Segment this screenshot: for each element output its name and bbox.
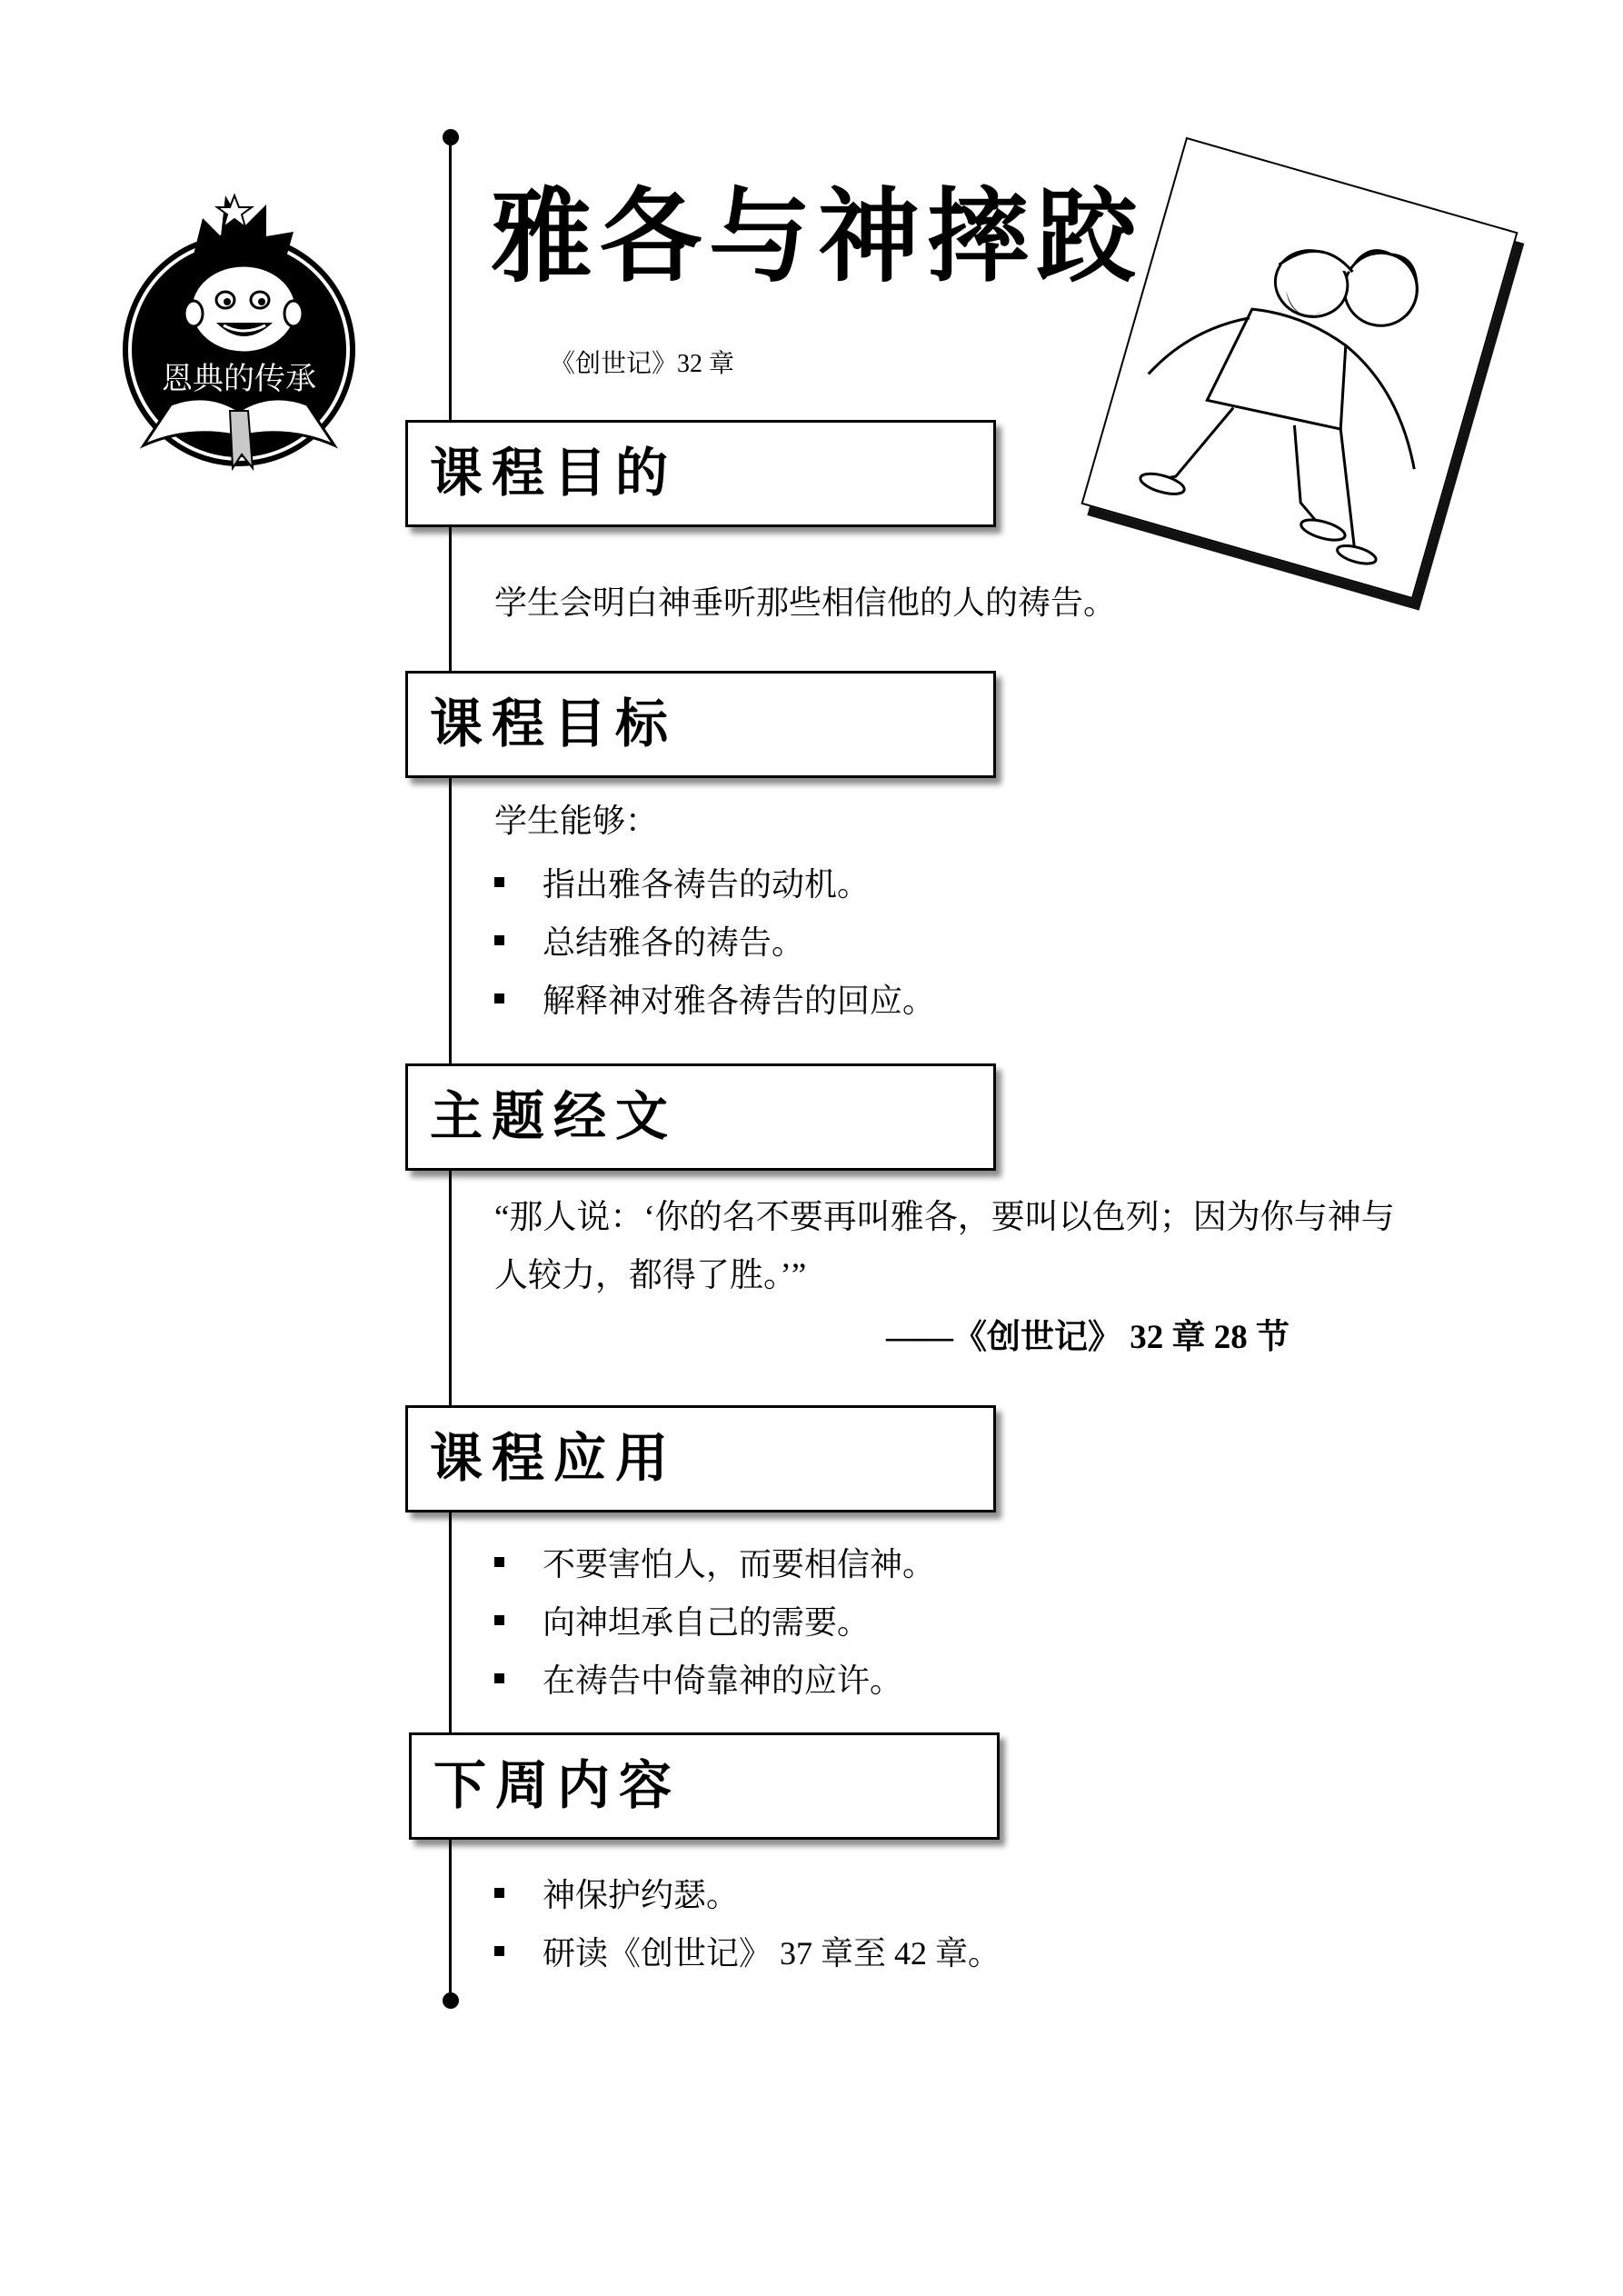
list-item: 神保护约瑟。 xyxy=(494,1863,1001,1922)
page-title: 雅各与神摔跤 xyxy=(491,186,1145,288)
timeline-start-dot xyxy=(443,129,459,145)
key-verse-quote: “那人说：‘你的名不要再叫雅各，要叫以色列；因为你与神与人较力，都得了胜。’” xyxy=(494,1189,1421,1305)
list-item-text: 指出雅各祷告的动机。 xyxy=(543,859,870,905)
curriculum-logo: 恩典的传承 xyxy=(116,173,362,473)
bullet-icon xyxy=(494,1946,504,1956)
bullet-icon xyxy=(494,1557,504,1567)
lesson-illustration xyxy=(1080,137,1518,599)
next-week-list: 神保护约瑟。 研读《创世记》 37 章至 42 章。 xyxy=(494,1863,1001,1980)
bullet-icon xyxy=(494,935,504,945)
list-item: 解释神对雅各祷告的回应。 xyxy=(494,969,935,1027)
bullet-icon xyxy=(494,1673,504,1683)
objectives-intro: 学生能够： xyxy=(494,800,658,843)
bullet-icon xyxy=(494,877,504,887)
bullet-icon xyxy=(494,993,504,1003)
scripture-subtitle: 《创世记》32 章 xyxy=(550,344,734,380)
list-item: 总结雅各的祷告。 xyxy=(494,911,935,969)
section-heading: 课程目的 xyxy=(430,444,677,503)
key-verse-reference: ——《创世记》 32 章 28 节 xyxy=(886,1309,1289,1358)
list-item-text: 在祷告中倚靠神的应许。 xyxy=(543,1655,902,1702)
list-item-text: 向神坦承自己的需要。 xyxy=(543,1597,870,1643)
list-item: 在祷告中倚靠神的应许。 xyxy=(494,1649,935,1707)
wrestling-figures-icon xyxy=(1082,139,1518,599)
section-heading: 课程应用 xyxy=(430,1430,677,1488)
list-item-text: 解释神对雅各祷告的回应。 xyxy=(543,975,935,1022)
boy-reading-book-icon: 恩典的传承 xyxy=(116,173,362,473)
bullet-icon xyxy=(494,1615,504,1625)
section-header-lesson-application: 课程应用 xyxy=(405,1405,996,1512)
logo-text: 恩典的传承 xyxy=(162,361,316,397)
bullet-icon xyxy=(494,1888,504,1898)
list-item: 研读《创世记》 37 章至 42 章。 xyxy=(494,1922,1001,1980)
section-header-next-week: 下周内容 xyxy=(409,1732,1000,1840)
section-header-key-verse: 主题经文 xyxy=(405,1063,996,1171)
section-heading: 课程目标 xyxy=(430,695,677,754)
list-item-text: 总结雅各的祷告。 xyxy=(543,917,804,963)
lesson-purpose-text: 学生会明白神垂听那些相信他的人的祷告。 xyxy=(494,582,1116,624)
list-item-text: 神保护约瑟。 xyxy=(543,1870,739,1916)
section-heading: 下周内容 xyxy=(433,1757,681,1815)
objectives-list: 指出雅各祷告的动机。 总结雅各的祷告。 解释神对雅各祷告的回应。 xyxy=(494,853,935,1027)
list-item: 不要害怕人，而要相信神。 xyxy=(494,1532,935,1591)
list-item: 指出雅各祷告的动机。 xyxy=(494,853,935,911)
section-header-lesson-purpose: 课程目的 xyxy=(405,420,996,527)
section-heading: 主题经文 xyxy=(430,1088,677,1146)
list-item-text: 研读《创世记》 37 章至 42 章。 xyxy=(543,1928,1001,1974)
application-list: 不要害怕人，而要相信神。 向神坦承自己的需要。 在祷告中倚靠神的应许。 xyxy=(494,1532,935,1707)
timeline-end-dot xyxy=(443,1992,459,2009)
section-header-lesson-objectives: 课程目标 xyxy=(405,671,996,778)
list-item: 向神坦承自己的需要。 xyxy=(494,1591,935,1649)
list-item-text: 不要害怕人，而要相信神。 xyxy=(543,1539,935,1585)
